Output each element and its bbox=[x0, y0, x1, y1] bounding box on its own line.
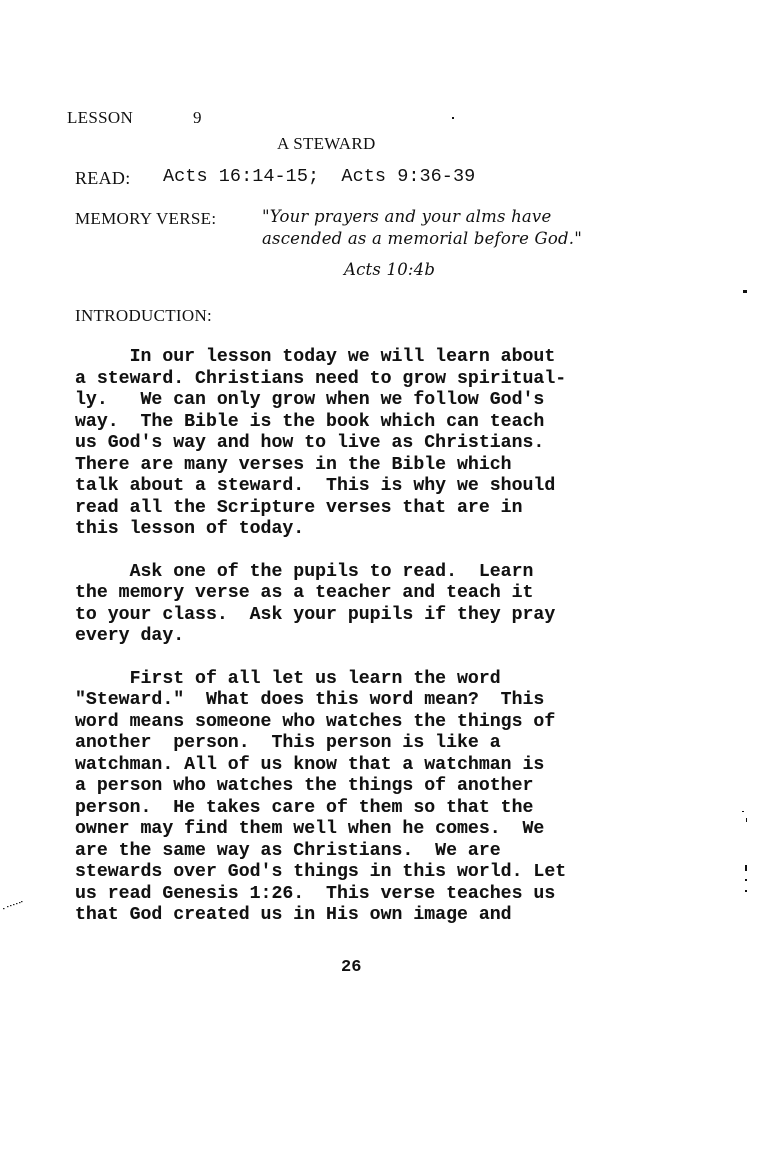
paragraph-line: to your class. Ask your pupils if they p… bbox=[75, 605, 555, 627]
paragraph-line: word means someone who watches the thing… bbox=[75, 712, 555, 734]
paragraph-line: First of all let us learn the word bbox=[75, 669, 501, 691]
paragraph-line: stewards over God's things in this world… bbox=[75, 862, 566, 884]
scan-speck bbox=[745, 865, 747, 871]
paragraph-line: ly. We can only grow when we follow God'… bbox=[75, 390, 544, 412]
paragraph-line: us God's way and how to live as Christia… bbox=[75, 433, 544, 455]
scan-speck bbox=[745, 879, 747, 881]
scan-speck bbox=[452, 117, 454, 119]
read-label: READ: bbox=[75, 168, 131, 189]
memory-verse-line-1: "Your prayers and your alms have bbox=[262, 207, 551, 226]
lesson-label: LESSON bbox=[67, 108, 133, 128]
introduction-heading: INTRODUCTION: bbox=[75, 306, 212, 326]
paragraph-line: us read Genesis 1:26. This verse teaches… bbox=[75, 884, 555, 906]
lesson-title: A STEWARD bbox=[277, 134, 376, 154]
scan-speck bbox=[742, 811, 744, 812]
scan-speck bbox=[746, 818, 747, 822]
paragraph-line: are the same way as Christians. We are bbox=[75, 841, 501, 863]
paragraph-line: read all the Scripture verses that are i… bbox=[75, 498, 523, 520]
read-references: Acts 16:14-15; Acts 9:36-39 bbox=[163, 166, 475, 187]
paragraph-line: every day. bbox=[75, 626, 184, 648]
memory-verse-reference: Acts 10:4b bbox=[344, 260, 435, 279]
memory-verse-label: MEMORY VERSE: bbox=[75, 209, 216, 229]
paragraph-line: owner may find them well when he comes. … bbox=[75, 819, 544, 841]
lesson-number: 9 bbox=[193, 108, 202, 128]
paragraph-line: talk about a steward. This is why we sho… bbox=[75, 476, 555, 498]
scan-speck bbox=[745, 890, 747, 892]
paragraph-line: way. The Bible is the book which can tea… bbox=[75, 412, 544, 434]
scan-mark bbox=[0, 895, 30, 915]
paragraph-line: person. He takes care of them so that th… bbox=[75, 798, 533, 820]
memory-verse-line-2: ascended as a memorial before God." bbox=[262, 229, 582, 248]
paragraph-line: Ask one of the pupils to read. Learn bbox=[75, 562, 533, 584]
paragraph-line: the memory verse as a teacher and teach … bbox=[75, 583, 533, 605]
paragraph-line: There are many verses in the Bible which bbox=[75, 455, 512, 477]
paragraph-line: watchman. All of us know that a watchman… bbox=[75, 755, 544, 777]
paragraph-line: another person. This person is like a bbox=[75, 733, 501, 755]
scan-speck bbox=[743, 290, 747, 293]
paragraph-line: a person who watches the things of anoth… bbox=[75, 776, 533, 798]
page-number: 26 bbox=[341, 958, 361, 977]
document-page: LESSON 9 A STEWARD READ: Acts 16:14-15; … bbox=[0, 0, 763, 1169]
paragraph-line: In our lesson today we will learn about bbox=[75, 347, 555, 369]
paragraph-line: that God created us in His own image and bbox=[75, 905, 512, 927]
paragraph-line: "Steward." What does this word mean? Thi… bbox=[75, 690, 544, 712]
paragraph-line: a steward. Christians need to grow spiri… bbox=[75, 369, 566, 391]
paragraph-line: this lesson of today. bbox=[75, 519, 304, 541]
